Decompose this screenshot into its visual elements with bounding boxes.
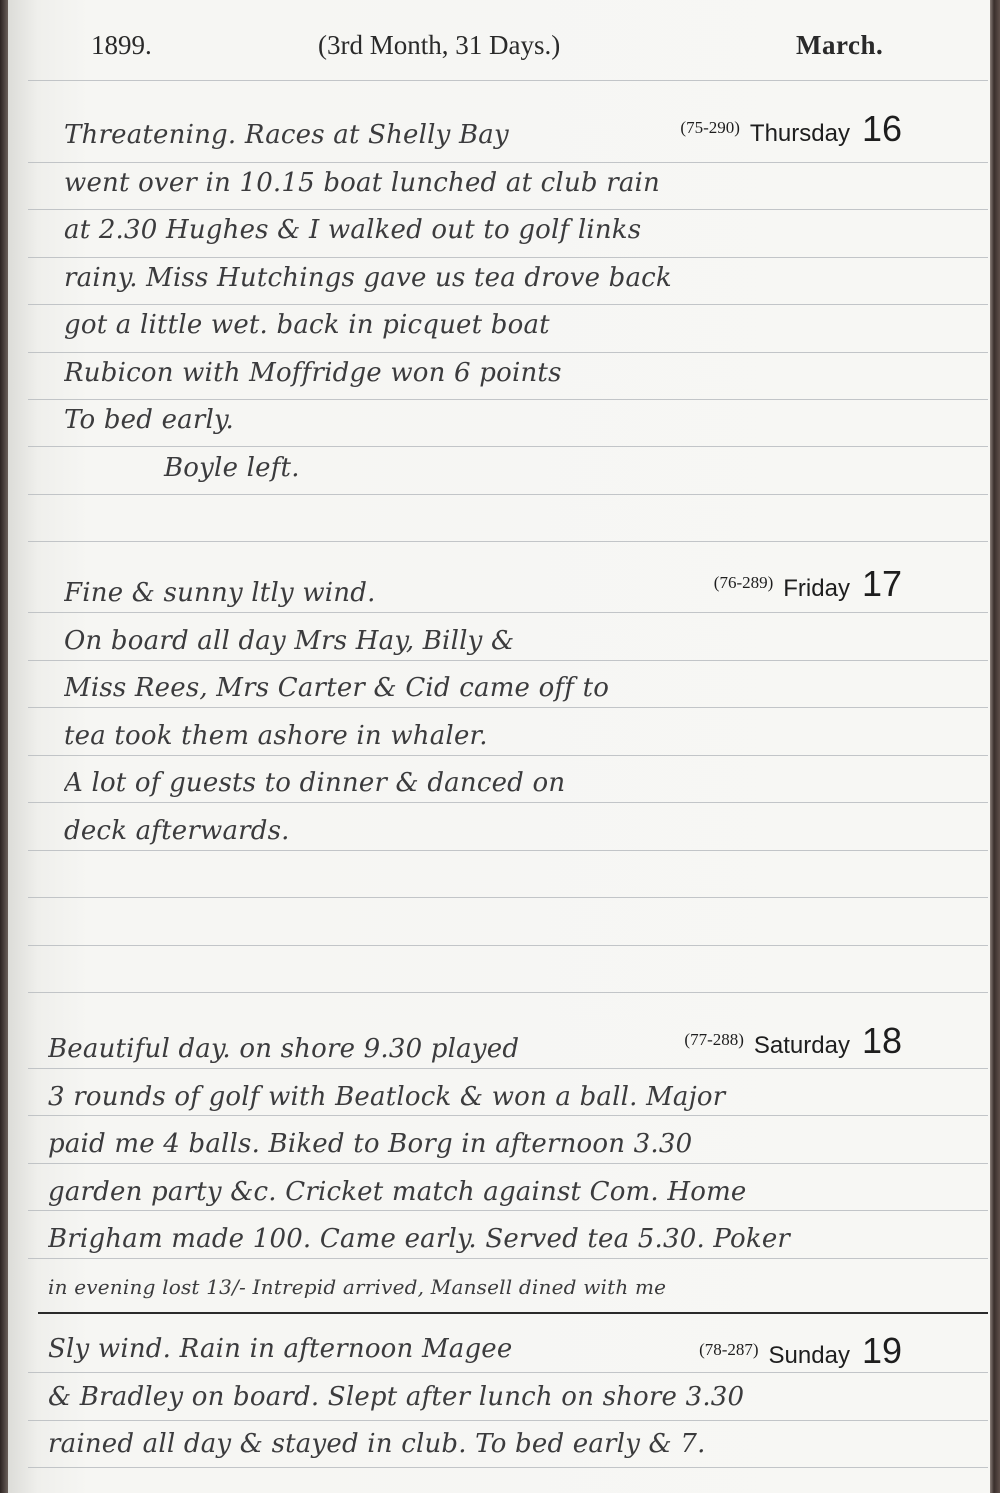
ruled-line — [28, 897, 988, 898]
handwritten-line: To bed early. — [64, 397, 984, 445]
diary-entry-friday: Fine & sunny ltly wind. On board all day… — [64, 570, 984, 855]
handwritten-line: A lot of guests to dinner & danced on — [64, 760, 984, 808]
diary-page: 1899. (3rd Month, 31 Days.) March. (75-2… — [8, 0, 990, 1493]
month-label: March. — [796, 30, 883, 61]
diary-entry-thursday: Threatening. Races at Shelly Bay went ov… — [64, 112, 984, 492]
binding-edge-left — [0, 0, 8, 1493]
handwritten-line: Fine & sunny ltly wind. — [64, 570, 584, 618]
handwritten-line: Boyle left. — [64, 445, 984, 493]
page-header: 1899. (3rd Month, 31 Days.) March. — [8, 30, 990, 70]
handwritten-line: Beautiful day. on shore 9.30 played — [48, 1026, 628, 1074]
handwritten-line: Brigham made 100. Came early. Served tea… — [48, 1216, 968, 1264]
handwritten-line: went over in 10.15 boat lunched at club … — [64, 160, 984, 208]
ruled-line — [28, 494, 988, 495]
handwritten-line: Sly wind. Rain in afternoon Magee — [48, 1326, 628, 1374]
ruled-line — [28, 541, 988, 542]
diary-entry-saturday: Beautiful day. on shore 9.30 played 3 ro… — [48, 1026, 968, 1311]
handwritten-line: in evening lost 13/- Intrepid arrived, M… — [48, 1264, 968, 1312]
handwritten-line: deck afterwards. — [64, 808, 984, 856]
handwritten-line: On board all day Mrs Hay, Billy & — [64, 618, 984, 666]
binding-edge-right — [990, 0, 1000, 1493]
handwritten-line: Threatening. Races at Shelly Bay — [64, 112, 584, 160]
handwritten-line: paid me 4 balls. Biked to Borg in aftern… — [48, 1121, 968, 1169]
ruled-line — [28, 80, 988, 81]
handwritten-line: rainy. Miss Hutchings gave us tea drove … — [64, 255, 984, 303]
handwritten-line: Rubicon with Moffridge won 6 points — [64, 350, 984, 398]
day-separator-line — [38, 1312, 988, 1314]
ruled-line — [28, 945, 988, 946]
handwritten-line: tea took them ashore in whaler. — [64, 713, 984, 761]
diary-entry-sunday: Sly wind. Rain in afternoon Magee & Brad… — [48, 1326, 968, 1469]
month-info-label: (3rd Month, 31 Days.) — [318, 30, 560, 61]
year-label: 1899. — [91, 30, 152, 61]
handwritten-line: Miss Rees, Mrs Carter & Cid came off to — [64, 665, 984, 713]
handwritten-line: rained all day & stayed in club. To bed … — [48, 1421, 968, 1469]
ruled-line — [28, 992, 988, 993]
handwritten-line: at 2.30 Hughes & I walked out to golf li… — [64, 207, 984, 255]
handwritten-line: got a little wet. back in picquet boat — [64, 302, 984, 350]
handwritten-line: 3 rounds of golf with Beatlock & won a b… — [48, 1074, 968, 1122]
handwritten-line: garden party &c. Cricket match against C… — [48, 1169, 968, 1217]
handwritten-line: & Bradley on board. Slept after lunch on… — [48, 1374, 968, 1422]
